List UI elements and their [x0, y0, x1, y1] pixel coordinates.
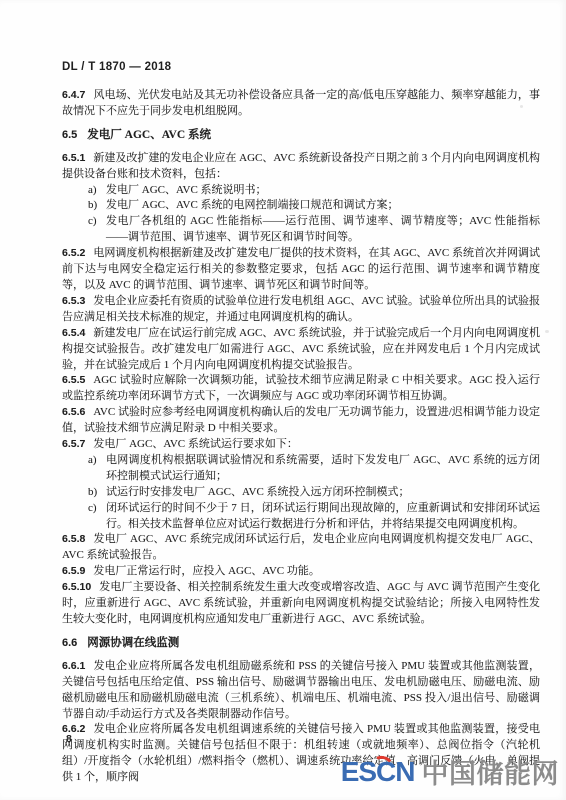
clause-text: 发电企业应将所属各发电机组励磁系统和 PSS 的关键信号接入 PMU 装置或其他… [62, 660, 540, 720]
clause-text: 发电厂正常运行时，应投入 AGC、AVC 功能。 [93, 565, 320, 577]
clause-number: 6.5.2 [62, 247, 85, 259]
list-marker: a) [88, 453, 106, 485]
logo-chinese-text: 中国储能网 [422, 752, 560, 791]
logo-latin-text: ESCN [341, 756, 415, 788]
list-text: 试运行时安排发电厂 AGC、AVC 系统投入远方闭环控制模式； [106, 485, 540, 501]
escn-watermark-logo: ESCN 中国储能网 [341, 752, 559, 791]
clause-6.5.4: 6.5.4新建发电厂应在试运行前完成 AGC、AVC 系统试验，并于试验完成后一… [62, 326, 540, 374]
clause-number: 6.5.9 [62, 565, 85, 577]
list-marker: c) [88, 501, 106, 533]
list-text: 发电厂 AGC、AVC 系统的电网控制端接口规范和调试方案； [106, 198, 540, 214]
clause-number: 6.4.7 [62, 89, 85, 101]
list-marker: b) [88, 485, 106, 501]
clause-6.5.8: 6.5.8发电厂 AGC、AVC 系统完成闭环试运行后，发电企业应向电网调度机构… [62, 532, 540, 564]
document-page: DL / T 1870 — 2018 6.4.7风电场、光伏发电站及其无功补偿设… [0, 0, 566, 800]
section-heading-6.5: 6.5发电厂 AGC、AVC 系统 [62, 128, 540, 144]
clause-text: AGC 试验时应解除一次调频功能，试验技术细节应满足附录 C 中相关要求。AGC… [62, 374, 540, 402]
list-text: 电网调度机构根据联调试验情况和系统需要，适时下发发电厂 AGC、AVC 系统的远… [106, 453, 540, 485]
clause-6.5.9: 6.5.9发电厂正常运行时，应投入 AGC、AVC 功能。 [62, 564, 540, 580]
clause-6.5.7: 6.5.7发电厂 AGC、AVC 系统试运行要求如下： [62, 437, 540, 453]
clause-6.5.3: 6.5.3发电企业应委托有资质的试验单位进行发电机组 AGC、AVC 试验。试验… [62, 294, 540, 326]
clause-text: 发电厂主要设备、相关控制系统发生重大改变或增容改造、AGC 与 AVC 调节范围… [62, 581, 540, 625]
clause-number: 6.5.5 [62, 374, 85, 386]
clause-text: AVC 试验时应参考经电网调度机构确认后的发电厂无功调节能力，设置进/迟相调节能… [62, 406, 540, 434]
clause-text: 电网调度机构根据新建及改扩建发电厂提供的技术资料，在其 AGC、AVC 系统首次… [62, 247, 540, 291]
list-text: 发电厂 AGC、AVC 系统说明书； [106, 183, 540, 199]
clause-text: 风电场、光伏发电站及其无功补偿设备应具备一定的高/低电压穿越能力、频率穿越能力，… [62, 89, 540, 117]
clause-number: 6.6.1 [62, 660, 85, 672]
clause-number: 6.5.6 [62, 406, 85, 418]
clause-6.4.7: 6.4.7风电场、光伏发电站及其无功补偿设备应具备一定的高/低电压穿越能力、频率… [62, 88, 540, 120]
clause-6.5.6: 6.5.6AVC 试验时应参考经电网调度机构确认后的发电厂无功调节能力，设置进/… [62, 405, 540, 437]
clause-6.5.2: 6.5.2电网调度机构根据新建及改扩建发电厂提供的技术资料，在其 AGC、AVC… [62, 246, 540, 294]
list-item-b: b)发电厂 AGC、AVC 系统的电网控制端接口规范和调试方案； [88, 198, 540, 214]
clause-number: 6.5.1 [62, 152, 85, 164]
document-body: 6.4.7风电场、光伏发电站及其无功补偿设备应具备一定的高/低电压穿越能力、频率… [62, 88, 540, 786]
clause-6.6.1: 6.6.1发电企业应将所属各发电机组励磁系统和 PSS 的关键信号接入 PMU … [62, 659, 540, 723]
clause-6.5.1: 6.5.1新建及改扩建的发电企业应在 AGC、AVC 系统新设备投产日期之前 3… [62, 151, 540, 183]
clause-6.5.5: 6.5.5AGC 试验时应解除一次调频功能，试验技术细节应满足附录 C 中相关要… [62, 373, 540, 405]
standard-code: DL / T 1870 — 2018 [62, 61, 171, 73]
clause-text: 发电厂 AGC、AVC 系统试运行要求如下： [93, 438, 298, 450]
list-item-c: c)闭环试运行的时间不少于 7 日，闭环试运行期间出现故障的，应重新调试和安排闭… [88, 501, 540, 533]
section-heading-6.6: 6.6网源协调在线监测 [62, 636, 540, 652]
clause-6.5.10: 6.5.10发电厂主要设备、相关控制系统发生重大改变或增容改造、AGC 与 AV… [62, 580, 540, 628]
page-number: 8 [66, 733, 72, 745]
clause-text: 发电企业应委托有资质的试验单位进行发电机组 AGC、AVC 试验。试验单位所出具… [62, 295, 540, 323]
clause-number: 6.5.4 [62, 327, 85, 339]
list-text: 发电厂各机组的 AGC 性能指标——运行范围、调节速率、调节精度等；AVC 性能… [106, 214, 540, 246]
clause-text: 新建及改扩建的发电企业应在 AGC、AVC 系统新设备投产日期之前 3 个月内向… [62, 152, 540, 180]
scan-speck [520, 105, 523, 108]
clause-text: 新建发电厂应在试运行前完成 AGC、AVC 系统试验，并于试验完成后一个月内向电… [62, 327, 540, 371]
list-item-b: b)试运行时安排发电厂 AGC、AVC 系统投入远方闭环控制模式； [88, 485, 540, 501]
section-number: 6.5 [62, 129, 77, 141]
list-item-c: c)发电厂各机组的 AGC 性能指标——运行范围、调节速率、调节精度等；AVC … [88, 214, 540, 246]
list-marker: a) [88, 183, 106, 199]
list-text: 闭环试运行的时间不少于 7 日，闭环试运行期间出现故障的，应重新调试和安排闭环试… [106, 501, 540, 533]
list-item-a: a)发电厂 AGC、AVC 系统说明书； [88, 183, 540, 199]
scan-speck [545, 330, 549, 333]
section-title: 网源协调在线监测 [87, 637, 179, 649]
section-title: 发电厂 AGC、AVC 系统 [87, 129, 211, 141]
clause-number: 6.5.10 [62, 581, 91, 593]
list-item-a: a)电网调度机构根据联调试验情况和系统需要，适时下发发电厂 AGC、AVC 系统… [88, 453, 540, 485]
clause-number: 6.5.7 [62, 438, 85, 450]
section-number: 6.6 [62, 637, 77, 649]
list-marker: b) [88, 198, 106, 214]
clause-number: 6.5.8 [62, 533, 85, 545]
clause-text: 发电厂 AGC、AVC 系统完成闭环试运行后，发电企业应向电网调度机构提交发电厂… [62, 533, 540, 561]
list-marker: c) [88, 214, 106, 246]
clause-number: 6.5.3 [62, 295, 85, 307]
